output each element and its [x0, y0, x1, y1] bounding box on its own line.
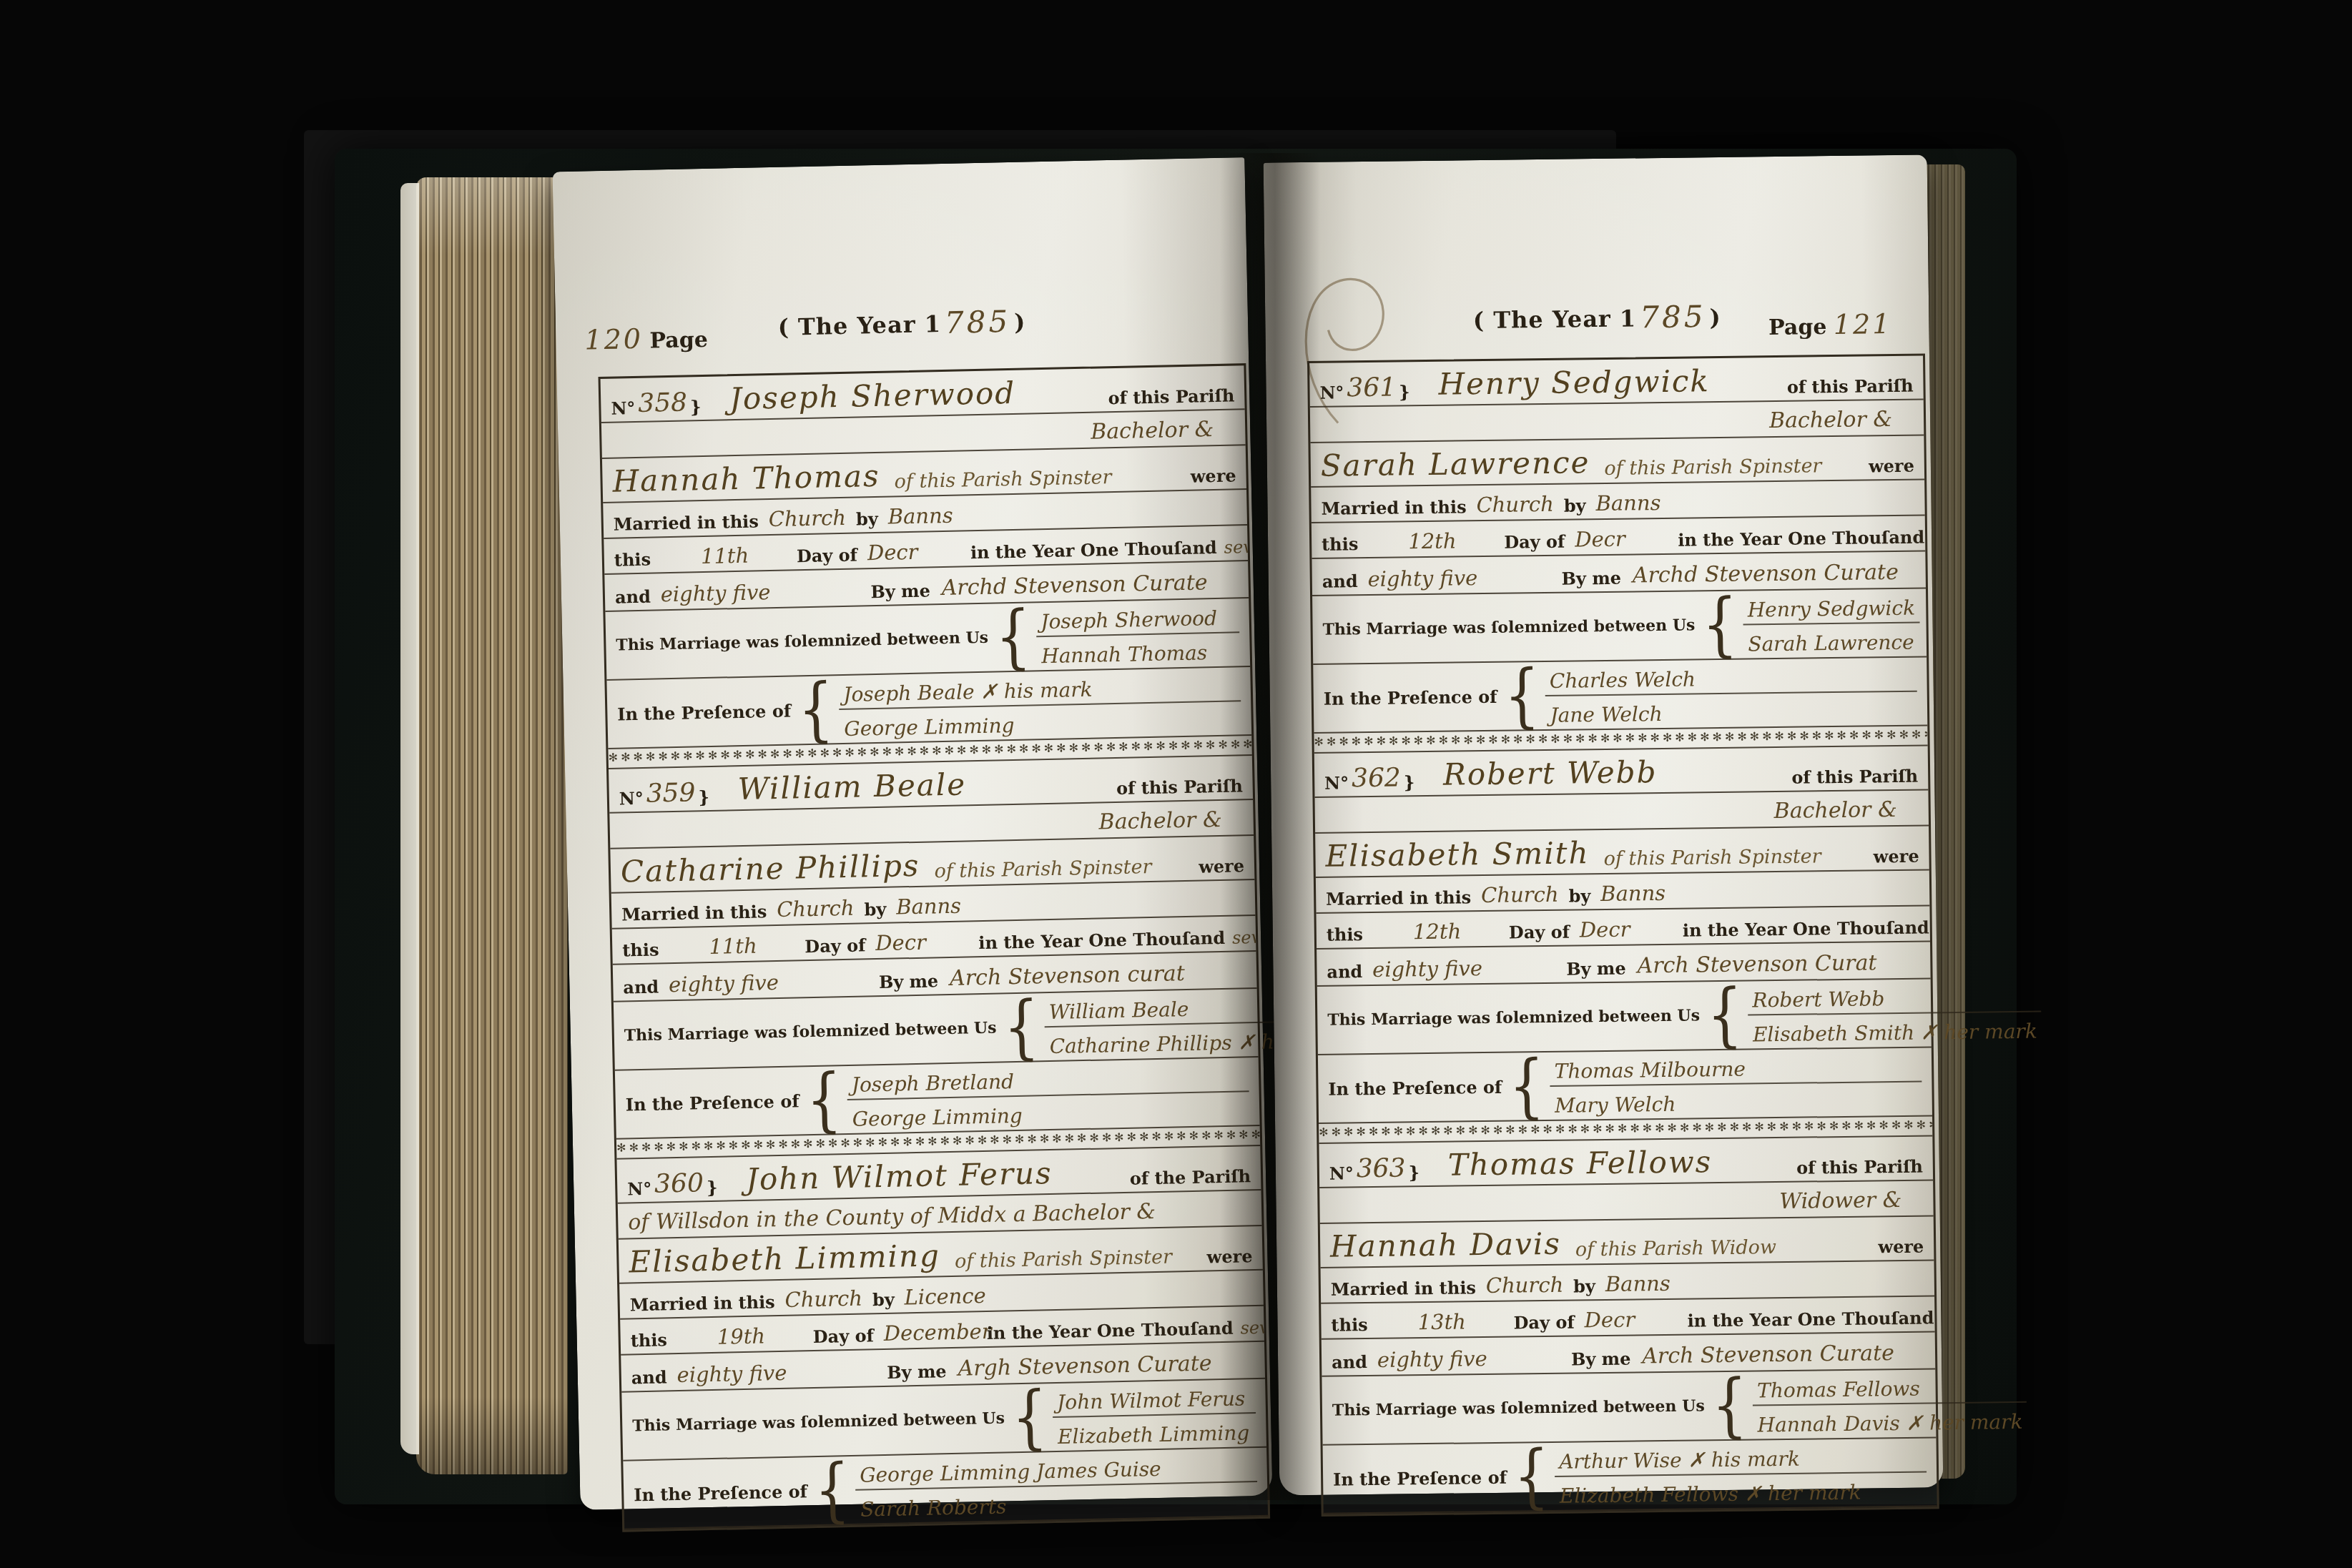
day-of-label: Day of: [1513, 1312, 1574, 1333]
witness-block: In the Preſence of { Joseph Beale ✗ his …: [606, 667, 1251, 749]
brace-icon: {: [1012, 1417, 1048, 1418]
year-words: eighty five: [1377, 1346, 1535, 1372]
bride-signature: Elisabeth Smith ✗ her mark: [1748, 1012, 2042, 1049]
seven-handwritten: seven: [1240, 1317, 1264, 1338]
entry-number-cell: N° 361 }: [1319, 373, 1419, 403]
marriage-entry: N° 361 } Henry Sedgwick of this Pariſh B…: [1309, 355, 1927, 733]
number-brace: }: [1408, 1162, 1419, 1183]
bride-parish-status: of this Parish Spinster: [1604, 455, 1821, 480]
bride-name: Catharine Phillips: [621, 848, 920, 889]
bride-name: Sarah Lawrence: [1321, 445, 1590, 483]
witness-lines: Joseph Beale ✗ his mark George Limming: [839, 667, 1241, 743]
page-edges-left: [416, 177, 568, 1474]
photo-of-marriage-register: 120 Page ( The Year 1 785 ) N° 358 } Jos…: [0, 0, 2352, 1568]
bride-signature: Hannah Davis ✗ her mark: [1753, 1403, 2027, 1439]
presence-label: In the Preſence of: [626, 1090, 799, 1115]
brace-icon: {: [1712, 1406, 1748, 1406]
seven-handwritten: seven: [1224, 536, 1248, 557]
brace-icon: {: [1514, 1476, 1550, 1477]
bride-parish-status: of this Parish Spinster: [955, 1246, 1173, 1273]
bride-signature: Elizabeth Limming: [1053, 1414, 1256, 1451]
by-label: by: [872, 1289, 895, 1311]
groom-name: Thomas Fellows: [1447, 1143, 1796, 1183]
by-label: by: [856, 508, 878, 530]
number-prefix: N°: [1324, 772, 1349, 793]
brace-icon: {: [1702, 625, 1738, 626]
marriage-entry: N° 363 } Thomas Fellows of this Pariſh W…: [1319, 1136, 1937, 1514]
were-label: were: [1190, 465, 1236, 486]
bride-name: Elisabeth Limming: [629, 1238, 940, 1279]
solemnized-label: This Marriage was ſolemnized between Us: [1322, 616, 1695, 638]
year-words: eighty five: [1372, 955, 1530, 982]
year-handwritten: 785: [945, 304, 1011, 340]
by-me-label: By me: [870, 580, 930, 602]
right-page-number: Page 121: [1768, 308, 1892, 341]
by-label: by: [1564, 495, 1586, 516]
groom-name: Joseph Sherwood: [729, 373, 1108, 416]
and-label: and: [1327, 961, 1362, 982]
witness-lines: Arthur Wise ✗ his mark Elizabeth Fellows…: [1555, 1439, 1927, 1510]
and-label: and: [1322, 571, 1358, 592]
right-page-header: ( The Year 1 785 ) Page 121: [1264, 154, 1929, 363]
presence-label: In the Preſence of: [617, 700, 791, 724]
number-prefix: N°: [1319, 382, 1344, 403]
marriage-method: Banns: [887, 503, 953, 529]
year-one-thousand-label: in the Year One Thouſand: [970, 537, 1217, 563]
groom-signature: Henry Sedgwick: [1743, 589, 1919, 626]
this-label: this: [622, 939, 659, 960]
bride-parish-status: of this Parish Widow: [1575, 1236, 1776, 1261]
brace-icon: {: [1509, 1086, 1545, 1087]
marriage-entry: N° 360 } John Wilmot Ferus of the Pariſh…: [616, 1146, 1268, 1530]
this-label: this: [1331, 1314, 1368, 1336]
married-place: Church: [1486, 1273, 1564, 1298]
by-me-label: By me: [1566, 958, 1626, 980]
bride-row: Elisabeth Smith of this Parish Spinster …: [1315, 826, 1929, 877]
bride-parish-status: of this Parish Spinster: [934, 856, 1152, 882]
of-this-parish-label: of this Pariſh: [1791, 766, 1918, 788]
groom-name: Robert Webb: [1443, 753, 1792, 792]
groom-signature: Joseph Sherwood: [1036, 598, 1239, 637]
marriage-method: Banns: [896, 894, 962, 919]
were-label: were: [1206, 1246, 1252, 1267]
married-in-this-label: Married in this: [1331, 1277, 1476, 1299]
brace-icon: {: [1707, 1015, 1743, 1016]
day-of-label: Day of: [1509, 922, 1570, 943]
page-label: Page: [1768, 315, 1827, 340]
right-page: ( The Year 1 785 ) Page 121 N° 361 } Hen…: [1264, 154, 1944, 1495]
by-me-label: By me: [1562, 568, 1622, 589]
year-one-thousand-label: in the Year One Thouſand: [1683, 917, 1929, 940]
number-prefix: N°: [1329, 1163, 1354, 1183]
number-brace: }: [698, 787, 709, 807]
entry-number: 358: [638, 388, 688, 418]
groom-status: Bachelor &: [1774, 797, 1897, 824]
by-me-label: By me: [1571, 1348, 1631, 1370]
bride-name: Hannah Thomas: [612, 458, 880, 499]
groom-name: John Wilmot Ferus: [746, 1154, 1131, 1197]
married-place: Church: [784, 1286, 862, 1312]
bride-name: Elisabeth Smith: [1325, 835, 1590, 874]
signature-lines: Thomas Fellows Hannah Davis ✗ her mark: [1753, 1369, 2027, 1439]
entry-heading-row: N° 362 } Robert Webb of this Pariſh: [1314, 746, 1929, 797]
entry-number-cell: N° 363 }: [1329, 1153, 1430, 1184]
entry-number-cell: N° 360 }: [627, 1168, 728, 1200]
solemnized-block: This Marriage was ſolemnized between Us …: [1322, 1369, 1936, 1445]
marriage-method: Banns: [1595, 490, 1660, 516]
marriage-day: 12th: [1408, 528, 1494, 553]
officiant-signature: Arch Stevenson Curate: [1642, 1341, 1915, 1369]
and-label: and: [1332, 1351, 1367, 1373]
entry-number: 360: [654, 1168, 704, 1198]
number-brace: }: [707, 1177, 718, 1198]
this-label: this: [630, 1329, 667, 1351]
solemnized-block: This Marriage was ſolemnized between Us …: [621, 1379, 1266, 1461]
year-words: eighty five: [1367, 565, 1525, 591]
year-one-thousand-label: in the Year One Thouſand: [978, 927, 1225, 953]
entry-number-cell: N° 362 }: [1324, 763, 1425, 794]
bride-signature: Hannah Thomas: [1037, 633, 1240, 670]
brace-icon: {: [798, 709, 834, 710]
solemnized-block: This Marriage was ſolemnized between Us …: [605, 598, 1250, 681]
married-in-this-label: Married in this: [1326, 887, 1471, 909]
marriage-day: 12th: [1413, 919, 1499, 944]
presence-label: In the Preſence of: [634, 1481, 807, 1505]
solemnized-block: This Marriage was ſolemnized between Us …: [1317, 979, 1932, 1055]
by-label: by: [1573, 1276, 1595, 1296]
marriage-day: 11th: [709, 932, 795, 959]
by-me-label: By me: [887, 1361, 947, 1383]
year-title: ( The Year 1 785 ): [556, 297, 1249, 347]
left-page: 120 Page ( The Year 1 785 ) N° 358 } Jos…: [553, 157, 1273, 1510]
officiant-signature: Arch Stevenson curat: [950, 960, 1237, 991]
year-one-thousand-label: in the Year One Thouſand: [1687, 1307, 1934, 1331]
presence-label: In the Preſence of: [1333, 1466, 1507, 1489]
groom-signature: Thomas Fellows: [1753, 1369, 2027, 1406]
number-prefix: N°: [611, 398, 636, 419]
groom-name: Henry Sedgwick: [1438, 363, 1787, 402]
presence-label: In the Preſence of: [1324, 686, 1497, 709]
year-words: eighty five: [676, 1359, 835, 1387]
officiant-signature: Archd Stevenson Curate: [1633, 560, 1906, 588]
witness-block: In the Preſence of { Charles Welch Jane …: [1313, 657, 1927, 733]
year-prefix: ( The Year 1: [1473, 305, 1637, 334]
entry-heading-row: N° 363 } Thomas Fellows of this Pariſh: [1319, 1136, 1933, 1188]
married-place: Church: [1481, 882, 1559, 907]
number-brace: }: [690, 396, 702, 417]
marriage-month: Decr: [875, 929, 969, 955]
marriage-method: Banns: [1600, 881, 1665, 906]
day-of-label: Day of: [813, 1325, 875, 1347]
witness-signature-2: Mary Welch: [1550, 1083, 1922, 1120]
this-label: this: [614, 549, 651, 571]
day-of-label: Day of: [1504, 531, 1565, 553]
married-place: Church: [777, 896, 855, 922]
marriage-month: Decr: [1575, 526, 1668, 552]
marriage-month: Decr: [867, 539, 961, 566]
year-prefix: ( The Year 1: [777, 310, 941, 341]
witness-signature-2: Elizabeth Fellows ✗ her mark: [1555, 1473, 1927, 1510]
entry-heading-row: N° 361 } Henry Sedgwick of this Pariſh: [1309, 355, 1924, 407]
witness-lines: Thomas Milbourne Mary Welch: [1550, 1048, 1922, 1120]
groom-status: Bachelor &: [1098, 807, 1222, 835]
officiant-signature: Archd Stevenson Curate: [941, 570, 1229, 601]
bride-row: Sarah Lawrence of this Parish Spinster w…: [1310, 435, 1924, 487]
bride-signature: Sarah Lawrence: [1743, 623, 1920, 659]
married-in-this-label: Married in this: [614, 511, 759, 534]
entry-number: 362: [1352, 763, 1401, 793]
presence-label: In the Preſence of: [1328, 1076, 1502, 1099]
brace-icon: {: [807, 1100, 842, 1100]
entry-number: 359: [646, 778, 696, 808]
seven-handwritten: seven: [1232, 927, 1256, 947]
marriage-entry: N° 358 } Joseph Sherwood of this Pariſh …: [601, 365, 1252, 749]
of-this-parish-label: of the Pariſh: [1130, 1165, 1251, 1189]
groom-name: William Beale: [737, 764, 1116, 807]
groom-status: Widower &: [1779, 1188, 1902, 1214]
solemnized-label: This Marriage was ſolemnized between Us: [616, 628, 988, 655]
brace-icon: {: [995, 636, 1031, 637]
signature-lines: Robert Webb Elisabeth Smith ✗ her mark: [1748, 978, 2042, 1049]
marriage-month: December: [883, 1319, 977, 1346]
entry-number: 363: [1357, 1153, 1406, 1183]
witness-block: In the Preſence of { George Limming Jame…: [623, 1448, 1268, 1530]
witness-lines: Charles Welch Jane Welch: [1545, 658, 1918, 729]
brace-icon: {: [815, 1490, 850, 1491]
year-words: eighty five: [660, 579, 818, 607]
witness-block: In the Preſence of { Thomas Milbourne Ma…: [1318, 1047, 1932, 1123]
entry-number-cell: N° 359 }: [619, 778, 719, 809]
officiant-signature: Arch Stevenson Curat: [1637, 950, 1910, 979]
number-prefix: N°: [619, 788, 644, 809]
marriage-month: Decr: [1580, 917, 1673, 942]
register-form-left: N° 358 } Joseph Sherwood of this Pariſh …: [599, 363, 1271, 1532]
register-form-right: N° 361 } Henry Sedgwick of this Pariſh B…: [1307, 353, 1939, 1516]
year-handwritten: 785: [1640, 299, 1706, 335]
married-in-this-label: Married in this: [621, 901, 767, 924]
brace-icon: {: [1505, 696, 1540, 696]
of-this-parish-label: of this Pariſh: [1787, 375, 1914, 398]
witness-lines: Joseph Bretland George Limming: [847, 1057, 1249, 1133]
left-page-header: 120 Page ( The Year 1 785 ): [553, 157, 1249, 372]
witness-block: In the Preſence of { Arthur Wise ✗ his m…: [1323, 1438, 1937, 1514]
marriage-day: 13th: [1417, 1309, 1503, 1334]
bride-parish-status: of this Parish Spinster: [1604, 845, 1821, 870]
number-brace: }: [1404, 771, 1415, 792]
entry-number-cell: N° 358 }: [611, 388, 712, 419]
marriage-month: Decr: [1584, 1307, 1677, 1333]
number-brace: }: [1399, 381, 1410, 402]
marriage-entry: N° 362 } Robert Webb of this Pariſh Bach…: [1314, 746, 1932, 1123]
married-place: Church: [1476, 492, 1554, 517]
entry-number: 361: [1347, 373, 1396, 403]
bride-row: Hannah Davis of this Parish Widow were: [1320, 1216, 1934, 1268]
signature-lines: Henry Sedgwick Sarah Lawrence: [1743, 589, 1919, 659]
year-words: eighty five: [669, 970, 827, 997]
of-this-parish-label: of this Pariſh: [1796, 1156, 1923, 1178]
of-this-parish-label: of this Pariſh: [1116, 775, 1243, 799]
year-one-thousand-label: in the Year One Thouſand: [1678, 526, 1924, 550]
year-suffix: ): [1709, 304, 1721, 331]
solemnized-label: This Marriage was ſolemnized between Us: [624, 1019, 997, 1045]
marriage-entry: N° 359 } William Beale of this Pariſh Ba…: [609, 756, 1260, 1140]
by-label: by: [1568, 885, 1590, 906]
bride-parish-status: of this Parish Spinster: [894, 466, 1112, 493]
were-label: were: [1878, 1236, 1924, 1258]
groom-signature: John Wilmot Ferus: [1053, 1379, 1256, 1418]
signature-lines: John Wilmot Ferus Elizabeth Limming: [1053, 1379, 1256, 1451]
and-label: and: [631, 1366, 667, 1388]
day-of-label: Day of: [797, 545, 858, 567]
were-label: were: [1874, 846, 1919, 867]
this-label: this: [1322, 533, 1359, 555]
solemnized-label: This Marriage was ſolemnized between Us: [1327, 1006, 1700, 1029]
bride-name: Hannah Davis: [1330, 1226, 1561, 1264]
day-of-label: Day of: [804, 935, 866, 957]
solemnized-block: This Marriage was ſolemnized between Us …: [1312, 588, 1927, 664]
number-prefix: N°: [627, 1178, 652, 1200]
marriage-method: Banns: [1605, 1271, 1670, 1296]
solemnized-label: This Marriage was ſolemnized between Us: [1332, 1396, 1705, 1419]
groom-status: Bachelor &: [1769, 407, 1892, 433]
groom-status: Bachelor &: [1091, 417, 1214, 445]
married-in-this-label: Married in this: [629, 1291, 775, 1315]
page-number-handwritten: 121: [1834, 308, 1892, 340]
marriage-day: 11th: [701, 543, 787, 569]
witness-signature-2: Jane Welch: [1545, 692, 1917, 729]
of-this-parish-label: of this Pariſh: [1108, 385, 1234, 408]
year-suffix: ): [1014, 309, 1026, 336]
year-one-thousand-label: in the Year One Thouſand: [987, 1318, 1234, 1343]
and-label: and: [615, 586, 651, 608]
signature-lines: Joseph Sherwood Hannah Thomas: [1036, 598, 1240, 670]
were-label: were: [1869, 455, 1914, 477]
groom-signature: Robert Webb: [1748, 978, 2041, 1016]
solemnized-label: This Marriage was ſolemnized between Us: [632, 1409, 1005, 1435]
brace-icon: {: [1004, 1027, 1040, 1027]
married-place: Church: [768, 506, 846, 531]
were-label: were: [1199, 855, 1244, 877]
by-label: by: [864, 899, 886, 920]
witness-block: In the Preſence of { Joseph Bretland Geo…: [615, 1057, 1260, 1140]
solemnized-block: This Marriage was ſolemnized between Us …: [614, 989, 1259, 1071]
marriage-day: 19th: [717, 1323, 803, 1349]
married-in-this-label: Married in this: [1321, 496, 1466, 518]
marriage-method: Licence: [904, 1283, 986, 1309]
witness-lines: George Limming James Guise Sarah Roberts: [855, 1448, 1258, 1524]
by-me-label: By me: [879, 970, 939, 992]
officiant-signature: Argh Stevenson Curate: [958, 1350, 1245, 1381]
this-label: this: [1327, 924, 1364, 945]
and-label: and: [623, 976, 659, 997]
